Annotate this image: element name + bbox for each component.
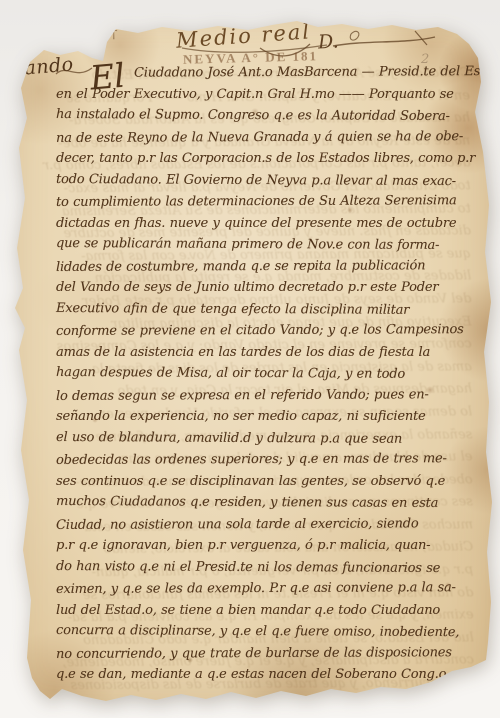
manuscript-line: na de este Reyno de la Nueva Granada y á… [56, 126, 470, 149]
paper-sheet: Ciudadano José Ant.o MasBarcena — Presid… [0, 0, 500, 718]
manuscript-line: eximen, y q.e se les da exemplo. P.r q.e… [56, 577, 470, 600]
manuscript-line: muchos Ciudadanos q.e residen, y tienen … [56, 491, 470, 515]
manuscript-line: conforme se previene en el citado Vando;… [56, 319, 470, 342]
manuscript-line: hagan despues de Misa, al oir tocar la C… [56, 362, 470, 386]
photo-background: Ciudadano José Ant.o MasBarcena — Presid… [0, 0, 500, 718]
manuscript-line: lidades de costumbre, manda q.e se repit… [56, 255, 470, 278]
manuscript-line: el uso de blandura, amavilid.d y dulzura… [56, 426, 470, 450]
manuscript-line: q.e se dan, mediante a q.e estas nacen d… [56, 664, 470, 686]
rubric-initial: D. [317, 30, 339, 53]
fee-inscription: Medio real [175, 19, 311, 52]
manuscript-line: concurra a disciplinarse, y q.e el q.e f… [56, 620, 470, 644]
manuscript-line: Ciudadano José Ant.o MasBarcena — Presid… [56, 61, 470, 84]
manuscript-line: to cumplimiento las determinaciones de S… [56, 190, 470, 213]
manuscript-line: decer, tanto p.r las Corporacion.s de lo… [56, 148, 470, 170]
manuscript-text: Ciudadano José Ant.o MasBarcena — Presid… [56, 62, 470, 686]
manuscript-line: que se publicarán mañana primero de Nov.… [56, 233, 470, 257]
manuscript-line: do han visto q.e ni el Presid.te ni los … [56, 555, 470, 579]
document-paper: Ciudadano José Ant.o MasBarcena — Presid… [0, 0, 500, 718]
manuscript-line: no concurriendo, y que trate de burlarse… [56, 642, 470, 665]
manuscript-line: obedecidas las ordenes superiores; y q.e… [56, 448, 470, 471]
manuscript-line: Executivo afin de que tenga efecto la di… [56, 297, 470, 321]
manuscript-line: en el Poder Executivo, y Capit.n Gral H.… [56, 84, 470, 106]
manuscript-line: p.r q.e ignoravan, bien p.r verguenza, ó… [56, 535, 470, 557]
manuscript-line: lo demas segun se expresa en el referido… [56, 384, 470, 407]
manuscript-line: dictadas en fhas. nueve y quince del pre… [56, 213, 470, 235]
manuscript-line: ha instalado el Supmo. Congreso q.e es l… [56, 104, 470, 128]
manuscript-line: amas de la asistencia en las tardes de l… [56, 342, 470, 364]
manuscript-line: del Vando de seys de Junio ultimo decret… [56, 277, 470, 299]
manuscript-line: Ciudad, no asistieron una sola tarde al … [56, 513, 470, 536]
cross-mark: † [110, 24, 118, 42]
bleedthrough-line: q.e se dan, mediante a q.e estas nacen d… [16, 695, 474, 718]
manuscript-line: todo Ciudadano. El Govierno de Neyva p.a… [56, 168, 470, 192]
manuscript-line: señando la experiencia, no ser medio cap… [56, 406, 470, 428]
manuscript-line: ses continuos q.e se disciplinavan las g… [56, 471, 470, 493]
manuscript-line: lud del Estad.o, se tiene a bien mandar … [56, 600, 470, 622]
